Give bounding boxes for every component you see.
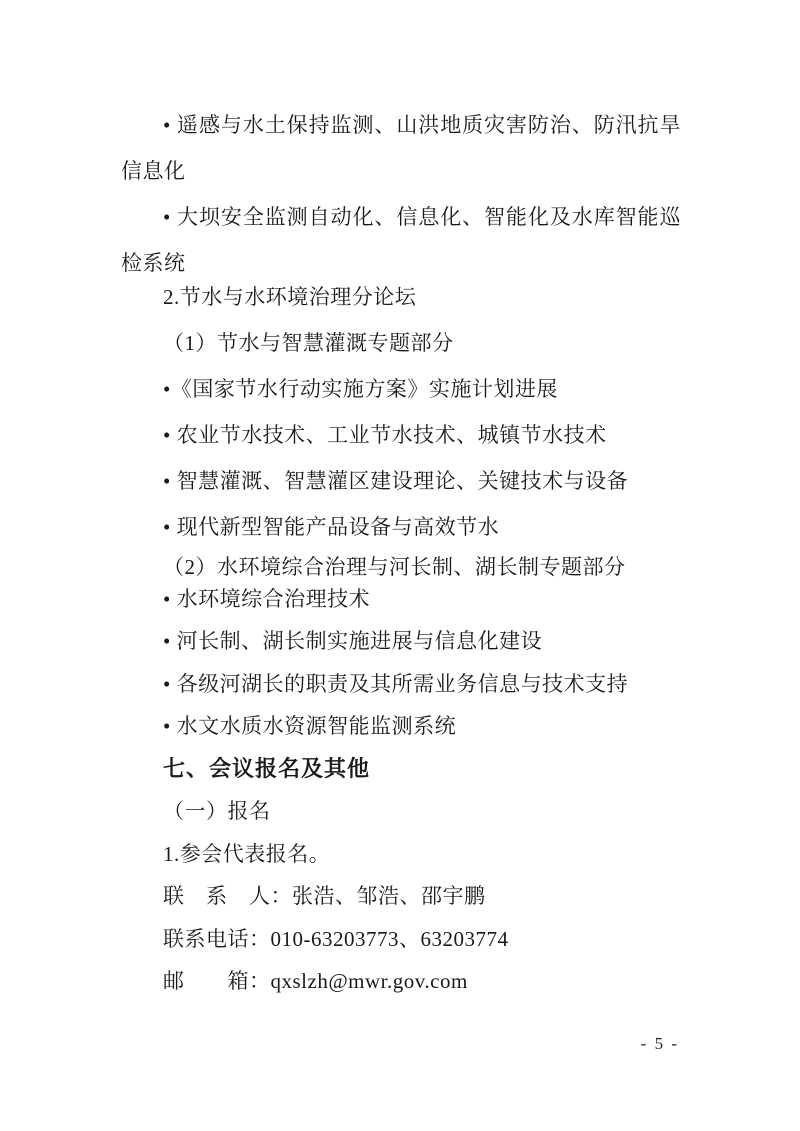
paren-line: （1）节水与智慧灌溉专题部分 bbox=[121, 320, 681, 366]
bullet-line: • 河长制、湖长制实施进展与信息化建设 bbox=[121, 620, 681, 663]
numbered-line: 1.参会代表报名。 bbox=[121, 833, 681, 876]
document-body: • 遥感与水土保持监测、山洪地质灾害防治、防汛抗旱信息化• 大坝安全监测自动化、… bbox=[121, 0, 681, 1003]
contact-line: 联 系 人：张浩、邹浩、邵宇鹏 bbox=[121, 875, 681, 918]
numbered-line: 2.节水与水环境治理分论坛 bbox=[121, 274, 681, 320]
contact-line: 邮 箱：qxslzh@mwr.gov.com bbox=[121, 960, 681, 1003]
paren-line: （一）报名 bbox=[121, 790, 681, 833]
document-page: • 遥感与水土保持监测、山洪地质灾害防治、防汛抗旱信息化• 大坝安全监测自动化、… bbox=[0, 0, 800, 1131]
page-number: - 5 - bbox=[641, 1034, 679, 1054]
bullet-line: • 现代新型智能产品设备与高效节水 bbox=[121, 504, 681, 550]
section-heading: 七、会议报名及其他 bbox=[121, 748, 681, 791]
bullet-stretch-line: • 遥感与水土保持监测、山洪地质灾害防治、防汛抗旱 bbox=[121, 102, 681, 148]
bullet-line: • 农业节水技术、工业节水技术、城镇节水技术 bbox=[121, 412, 681, 458]
bullet-line: • 各级河湖长的职责及其所需业务信息与技术支持 bbox=[121, 663, 681, 706]
bullet-stretch-line: • 大坝安全监测自动化、信息化、智能化及水库智能巡 bbox=[121, 194, 681, 240]
bullet-line: • 智慧灌溉、智慧灌区建设理论、关键技术与设备 bbox=[121, 458, 681, 504]
bullet-line: • 水文水质水资源智能监测系统 bbox=[121, 705, 681, 748]
contact-line: 联系电话：010-63203773、63203774 bbox=[121, 918, 681, 961]
continuation-line: 信息化 bbox=[121, 148, 681, 194]
bullet-line: •《国家节水行动实施方案》实施计划进展 bbox=[121, 366, 681, 412]
